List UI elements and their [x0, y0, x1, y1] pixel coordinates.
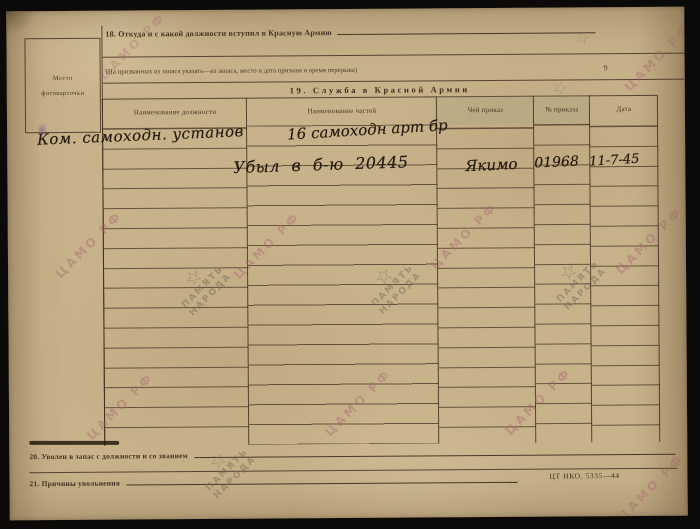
table-column-whose-order: Чей приказ: [436, 96, 536, 444]
margin-digit: 9: [604, 63, 608, 72]
handwritten-whose-order: Якимо: [465, 155, 518, 175]
archive-watermark: ЦАМО РФ: [615, 451, 687, 520]
handwritten-order-number: 01968: [534, 154, 579, 172]
table-column-unit: Наименование частей: [246, 96, 439, 444]
ruled-lines: [103, 126, 249, 446]
horizontal-rule: [103, 53, 685, 58]
ruled-lines: [590, 123, 660, 442]
section-18-label: 18. Откуда и с какой должности вступил в…: [105, 28, 331, 39]
section-20-label: 20. Уволен в запас с должности и со зван…: [29, 451, 188, 461]
fill-in-line: [194, 454, 675, 458]
section-18-row: 18. Откуда и с какой должности вступил в…: [105, 26, 599, 38]
table-column-position: Наименование должности: [102, 98, 249, 446]
table-column-date: Дата: [589, 95, 660, 442]
scanned-form-sheet: Место фотокарточки 18. Откуда и с какой …: [6, 7, 688, 521]
form-print-code: ЦТ НКО. 5335—44: [549, 471, 619, 480]
photo-placeholder-box: Место фотокарточки: [24, 38, 101, 134]
fill-in-line: [338, 32, 596, 35]
ink-bar: [29, 441, 119, 445]
column-header-date: Дата: [590, 95, 658, 123]
ink-smudge: [37, 123, 47, 136]
scan-background: { "document": { "photo_box": { "line1": …: [0, 0, 700, 529]
column-header-whose-order: Чей приказ: [437, 96, 534, 125]
handwritten-date: 11-7-45: [589, 152, 640, 170]
section-18-note: (На призванных из запаса указать—из запа…: [106, 67, 357, 76]
section-20-row: 20. Уволен в запас с должности и со зван…: [29, 448, 679, 462]
ruled-lines: [534, 123, 592, 442]
photo-box-label-line1: Место: [53, 74, 73, 81]
column-header-order-number: № приказа: [534, 95, 590, 123]
table-column-order-number: № приказа: [533, 95, 592, 442]
section-21-label: 21. Причины увольнения: [29, 479, 120, 489]
section-21-row: 21. Причины увольнения: [29, 476, 521, 488]
fill-in-line: [126, 482, 517, 486]
photo-box-label-line2: фотокарточки: [41, 89, 84, 96]
